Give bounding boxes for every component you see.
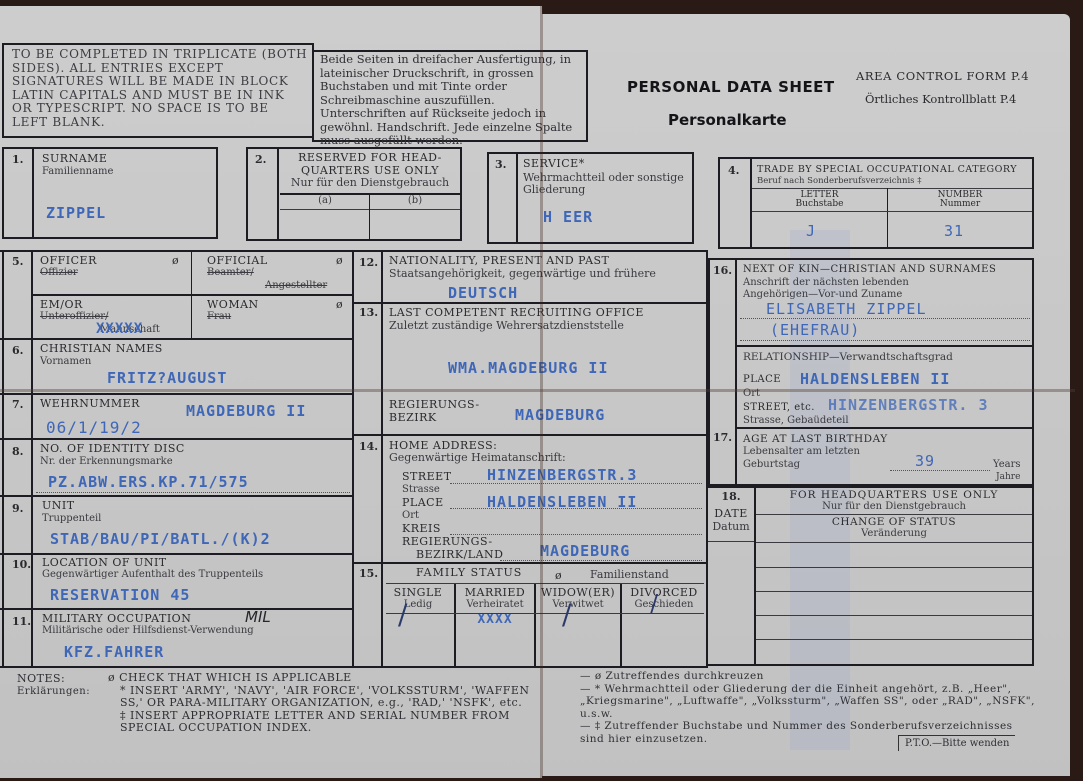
field-3-number: 3. bbox=[495, 158, 506, 171]
service-label-de: Wehrmachtteil oder sonstige Gliederung bbox=[523, 172, 693, 196]
field-4-number: 4. bbox=[728, 164, 739, 177]
occupation-label: MILITARY OCCUPATION bbox=[42, 613, 191, 625]
christian-names-label-de: Vornamen bbox=[40, 356, 91, 368]
notes-de: — ø Zutreffendes durchkreuzen — * Wehrma… bbox=[580, 670, 1040, 745]
field-11-number: 11. bbox=[12, 615, 31, 628]
age-unit: Years bbox=[993, 459, 1021, 471]
surname-value[interactable]: ZIPPEL bbox=[46, 204, 106, 222]
status-single-mark[interactable]: / bbox=[398, 598, 407, 631]
field-5-number: 5. bbox=[12, 255, 23, 268]
identity-disc-label-de: Nr. der Erkennungsmarke bbox=[40, 456, 173, 468]
official-label-de: Beamter/ bbox=[207, 267, 254, 279]
christian-names-value[interactable]: FRITZ?AUGUST bbox=[107, 369, 227, 387]
home-street-label: STREET bbox=[402, 471, 452, 483]
identity-disc-value[interactable]: PZ.ABW.ERS.KP.71/575 bbox=[48, 473, 249, 491]
instructions-en: TO BE COMPLETED IN TRIPLICATE (BOTH SIDE… bbox=[12, 48, 308, 129]
note-de-2: — * Wehrmachtteil oder Gliederung der di… bbox=[580, 683, 1040, 721]
hq-use-label-de: Nur für den Dienstgebrauch bbox=[756, 501, 1032, 513]
change-status-label: CHANGE OF STATUS bbox=[756, 516, 1032, 528]
letter-label-de: Buchstabe bbox=[796, 199, 844, 209]
home-place-value[interactable]: HALDENSLEBEN II bbox=[487, 493, 637, 511]
note-en-3: ‡ INSERT APPROPRIATE LETTER AND SERIAL N… bbox=[108, 710, 538, 735]
relationship-label: RELATIONSHIP—Verwandtschaftsgrad bbox=[743, 351, 953, 363]
field-15-number: 15. bbox=[359, 567, 378, 580]
emor-label: EM/OR bbox=[40, 299, 83, 311]
wehrnummer-label: WEHRNUMMER bbox=[40, 398, 140, 410]
nok-place-label: PLACE bbox=[743, 374, 781, 386]
christian-names-label: CHRISTIAN NAMES bbox=[40, 343, 163, 355]
official-mark: ø bbox=[336, 255, 343, 267]
next-of-kin-label-de: Anschrift der nächsten lebenden bbox=[743, 277, 909, 289]
field-6-number: 6. bbox=[12, 344, 23, 357]
field-7-number: 7. bbox=[12, 398, 23, 411]
page-title: PERSONAL DATA SHEET bbox=[627, 78, 835, 96]
field-13-number: 13. bbox=[359, 306, 378, 319]
status-widow-label: WIDOW(ER) bbox=[536, 587, 620, 599]
hq-reserved-label-de: Nur für den Dienstgebrauch bbox=[280, 177, 460, 189]
home-address-label-de: Gegenwärtige Heimatanschrift: bbox=[389, 452, 689, 464]
field-2-number: 2. bbox=[255, 153, 266, 166]
letter-value[interactable]: J bbox=[806, 222, 816, 240]
surname-label: SURNAME bbox=[42, 153, 107, 165]
status-divorced-label-de: Geschieden bbox=[622, 599, 706, 611]
next-of-kin-name[interactable]: ELISABETH ZIPPEL bbox=[766, 300, 927, 318]
woman-mark: ø bbox=[336, 299, 343, 311]
note-en-2: * INSERT 'ARMY', 'NAVY', 'AIR FORCE', 'V… bbox=[108, 685, 538, 710]
note-de-1: — ø Zutreffendes durchkreuzen bbox=[580, 670, 1040, 683]
nationality-label-de: Staatsangehörigkeit, gegenwärtige und fr… bbox=[389, 268, 709, 280]
recruiting-office-value[interactable]: WMA.MAGDEBURG II bbox=[448, 359, 609, 377]
identity-disc-label: NO. OF IDENTITY DISC bbox=[40, 443, 185, 455]
nok-street-value[interactable]: HINZENBERGSTR. 3 bbox=[828, 396, 989, 414]
nok-street-label: STREET, etc. bbox=[743, 402, 815, 414]
home-place-label: PLACE bbox=[402, 497, 444, 509]
pto-label: P.T.O.—Bitte wenden bbox=[898, 735, 1015, 751]
field-16-number: 16. bbox=[713, 264, 732, 277]
status-widow-label-de: Verwitwet bbox=[536, 599, 620, 611]
field-17-number: 17. bbox=[713, 431, 732, 444]
family-status-label: FAMILY STATUS bbox=[416, 567, 522, 579]
nationality-label: NATIONALITY, PRESENT AND PAST bbox=[389, 255, 709, 267]
nok-street-label-de: Strasse, Gebaüdeteil bbox=[743, 415, 849, 427]
status-married-label: MARRIED bbox=[456, 587, 534, 599]
hq-reserved-label: RESERVED FOR HEAD-QUARTERS USE ONLY bbox=[280, 151, 460, 177]
wehrnummer-value[interactable]: 06/1/19/2 bbox=[46, 418, 142, 437]
hq-use-label: FOR HEADQUARTERS USE ONLY bbox=[756, 489, 1032, 501]
age-value[interactable]: 39 bbox=[915, 452, 935, 470]
unit-label-de: Truppenteil bbox=[42, 513, 101, 525]
nok-place-value[interactable]: HALDENSLEBEN II bbox=[800, 370, 950, 388]
officer-label: OFFICER bbox=[40, 255, 97, 267]
field-14-number: 14. bbox=[359, 440, 378, 453]
field-9-number: 9. bbox=[12, 502, 23, 515]
home-rb-label: REGIERUNGS- bbox=[402, 536, 493, 548]
status-divorced-label: DIVORCED bbox=[622, 587, 706, 599]
family-status-label-de: Familienstand bbox=[590, 569, 669, 581]
woman-label-de: Frau bbox=[207, 311, 231, 323]
number-label-de: Nummer bbox=[940, 199, 980, 209]
field-1-number: 1. bbox=[12, 153, 23, 166]
emor-checkmark[interactable]: XXXXX bbox=[96, 321, 143, 337]
trade-label-de: Beruf nach Sonderberufsverzeichnis ‡ bbox=[757, 175, 921, 187]
age-label: AGE AT LAST BIRTHDAY bbox=[743, 433, 888, 445]
hq-col-a: (a) bbox=[280, 195, 370, 207]
vertical-fold bbox=[540, 6, 543, 778]
home-place-label-de: Ort bbox=[402, 510, 419, 522]
officer-mark: ø bbox=[172, 255, 179, 267]
regierungsbezirk-value[interactable]: MAGDEBURG bbox=[515, 406, 605, 424]
status-widow-mark[interactable]: / bbox=[562, 598, 571, 631]
occupation-annotation: MIL bbox=[245, 608, 271, 626]
age-label-de: Lebensalter am letzten bbox=[743, 446, 860, 458]
woman-label: WOMAN bbox=[207, 299, 259, 311]
field-1-box bbox=[2, 147, 218, 239]
age-unit-de: Jahre bbox=[996, 471, 1020, 483]
page-subtitle: Personalkarte bbox=[668, 111, 787, 129]
field-12-number: 12. bbox=[359, 256, 378, 269]
next-of-kin-label: NEXT OF KIN—CHRISTIAN AND SURNAMES bbox=[743, 264, 996, 276]
recruiting-office-label: LAST COMPETENT RECRUITING OFFICE bbox=[389, 307, 709, 319]
wehrnummer-district[interactable]: MAGDEBURG II bbox=[186, 402, 306, 420]
horizontal-fold bbox=[0, 389, 1075, 392]
home-rb-value[interactable]: MAGDEBURG bbox=[540, 542, 630, 560]
service-value[interactable]: H EER bbox=[543, 208, 593, 226]
unit-value[interactable]: STAB/BAU/PI/BATL./(K)2 bbox=[50, 530, 271, 548]
field-8-number: 8. bbox=[12, 445, 23, 458]
date-label: DATE bbox=[708, 508, 754, 520]
form-code-de: Örtliches Kontrollblatt P.4 bbox=[865, 92, 1016, 106]
regierungsbezirk-label: REGIERUNGS-BEZIRK bbox=[389, 398, 489, 424]
next-of-kin-relation-value[interactable]: (EHEFRAU) bbox=[770, 321, 860, 339]
field-18-number: 18. bbox=[708, 490, 754, 503]
home-street-label-de: Strasse bbox=[402, 484, 440, 496]
official-label: OFFICIAL bbox=[207, 255, 268, 267]
field-10-number: 10. bbox=[12, 558, 31, 571]
home-kreis-label: KREIS bbox=[402, 523, 441, 535]
change-status-label-de: Veränderung bbox=[756, 528, 1032, 540]
hq-col-b: (b) bbox=[370, 195, 460, 207]
status-single-label-de: Ledig bbox=[382, 599, 454, 611]
service-label: SERVICE* bbox=[523, 158, 585, 170]
notes-label-de: Erklärungen: bbox=[17, 686, 90, 699]
official-label-de-2: Angestellter bbox=[265, 280, 327, 292]
nationality-value[interactable]: DEUTSCH bbox=[448, 284, 518, 302]
home-rb-label-2: BEZIRK/LAND bbox=[416, 549, 504, 561]
age-label-de-2: Geburtstag bbox=[743, 459, 800, 471]
status-married-label-de: Verheiratet bbox=[456, 599, 534, 611]
occupation-value[interactable]: KFZ.FAHRER bbox=[64, 643, 164, 661]
notes-label: NOTES: bbox=[17, 673, 65, 686]
unit-label: UNIT bbox=[42, 500, 75, 512]
occupation-label-de: Militärische oder Hilfsdienst-Verwendung bbox=[42, 625, 254, 637]
location-value[interactable]: RESERVATION 45 bbox=[50, 586, 190, 604]
home-street-value[interactable]: HINZENBERGSTR.3 bbox=[487, 466, 637, 484]
field-3-box bbox=[487, 152, 694, 244]
status-single-label: SINGLE bbox=[382, 587, 454, 599]
form-code-en: AREA CONTROL FORM P.4 bbox=[856, 69, 1029, 83]
status-married-mark[interactable]: XXXX bbox=[456, 612, 534, 627]
notes-en: ø CHECK THAT WHICH IS APPLICABLE * INSER… bbox=[108, 672, 538, 735]
note-en-1: ø CHECK THAT WHICH IS APPLICABLE bbox=[108, 672, 538, 685]
recruiting-office-label-de: Zuletzt zuständige Wehrersatzdienststell… bbox=[389, 320, 709, 332]
surname-label-de: Familienname bbox=[42, 166, 113, 178]
officer-label-de: Offizier bbox=[40, 267, 78, 279]
location-label: LOCATION OF UNIT bbox=[42, 557, 167, 569]
date-label-de: Datum bbox=[708, 521, 754, 533]
number-value[interactable]: 31 bbox=[944, 222, 964, 240]
family-status-mark: ø bbox=[555, 570, 562, 582]
location-label-de: Gegenwärtiger Aufenthalt des Truppenteil… bbox=[42, 569, 263, 581]
